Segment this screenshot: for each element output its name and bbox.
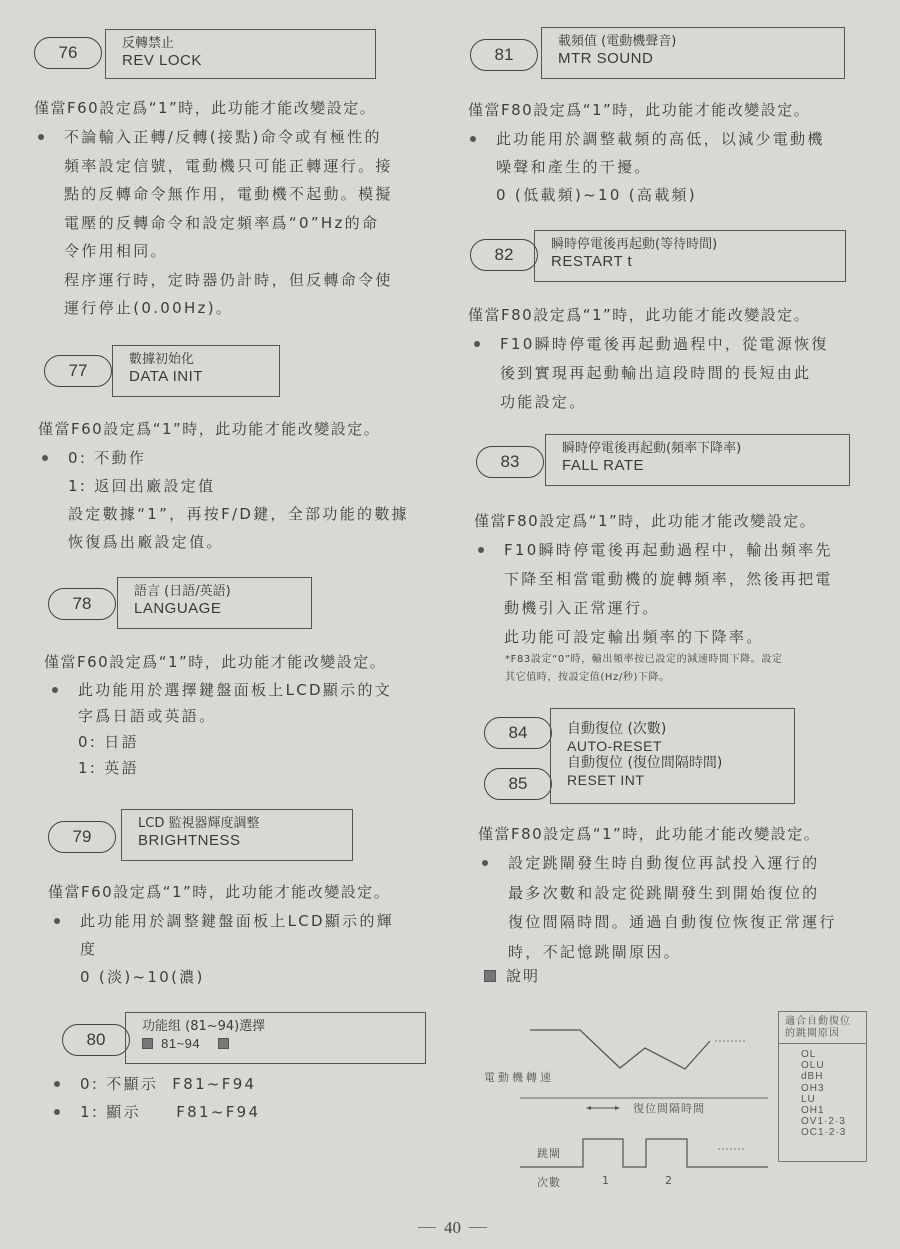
function-title-box-79: LCD 監視器輝度調整 BRIGHTNESS (121, 809, 353, 861)
function-title-box-83: 瞬時停電後再起動(頻率下降率) FALL RATE (545, 434, 850, 486)
description-block: 此功能用於調整載頻的高低，以減少電動機 噪聲和產生的干擾。 0 (低載頻)~10… (496, 125, 825, 209)
reason-item: OC1·2·3 (801, 1127, 866, 1138)
function-title-zh: 瞬時停電後再起動(等待時間) (551, 236, 845, 253)
explanation-heading: 說明 (484, 965, 540, 986)
description-block: 0: 不動作 1: 返回出廠設定值 設定數據“1”，再按F/D鍵，全部功能的數據… (68, 444, 409, 556)
function-title-en: DATA INIT (129, 368, 279, 385)
bullet-icon (54, 1109, 60, 1115)
function-number-80: 80 (62, 1024, 130, 1056)
condition-text: 僅當F60設定爲“1”時，此功能才能改變設定。 (38, 415, 380, 443)
function-number-76: 76 (34, 37, 102, 69)
reason-item: OH1 (801, 1105, 866, 1116)
function-title-en: REV LOCK (122, 52, 375, 69)
reason-item: dBH (801, 1071, 866, 1082)
reason-item: OH3 (801, 1083, 866, 1094)
function-number-83: 83 (476, 446, 544, 478)
function-number-85: 85 (484, 768, 552, 800)
function-title-en: RESET INT (567, 772, 794, 789)
description-block: 不論輸入正轉/反轉(接點)命令或有極性的 頻率設定信號，電動機只可能正轉運行。接… (64, 123, 393, 323)
function-title-en: BRIGHTNESS (138, 832, 352, 849)
count-1: 1 (602, 1174, 612, 1187)
condition-text: 僅當F60設定爲“1”時，此功能才能改變設定。 (34, 94, 376, 122)
description-block: 此功能用於調整鍵盤面板上LCD顯示的輝 度 0 (淡)~10(濃) (80, 907, 394, 991)
function-title-zh: 自動復位 (次數) (567, 721, 794, 738)
option-item: 0: 不顯示 F81~F94 (80, 1070, 256, 1099)
reason-item: OV1·2·3 (801, 1116, 866, 1127)
count-label: 次數 (537, 1174, 561, 1190)
reset-reasons-table: 適合自動復位 的跳閘原因 OL OLU dBH OH3 LU OH1 OV1·2… (778, 1011, 867, 1162)
option-item: 1: 顯示 F81~F94 (80, 1098, 260, 1127)
reasons-list: OL OLU dBH OH3 LU OH1 OV1·2·3 OC1·2·3 (779, 1044, 866, 1143)
function-number-78: 78 (48, 588, 116, 620)
condition-text: 僅當F80設定爲“1”時，此功能才能改變設定。 (468, 96, 810, 124)
bullet-icon (52, 687, 58, 693)
function-number-79: 79 (48, 821, 116, 853)
function-title-en: FALL RATE (562, 457, 849, 474)
description-block: F10瞬時停電後再起動過程中，從電源恢復 後到實現再起動輸出這段時間的長短由此 … (500, 330, 829, 417)
condition-text: 僅當F60設定爲“1”時，此功能才能改變設定。 (44, 648, 386, 676)
footnote: *F83設定“0”時，輸出頻率按已設定的減速時間下降。設定 其它值時，按設定值(… (505, 651, 783, 687)
bullet-icon (54, 918, 60, 924)
reset-interval-label: 復位間隔時間 (633, 1100, 705, 1116)
function-title-zh: 自動復位 (復位間隔時間) (567, 755, 794, 772)
function-title-box-81: 載頻值 (電動機聲音) MTR SOUND (541, 27, 845, 79)
square-icon (218, 1038, 229, 1049)
description-block: F10瞬時停電後再起動過程中，輸出頻率先 下降至相當電動機的旋轉頻率，然後再把電… (504, 536, 833, 652)
square-icon (484, 970, 496, 982)
function-title-en: RESTART t (551, 253, 845, 270)
bullet-icon (54, 1081, 60, 1087)
function-title-zh: 反轉禁止 (122, 35, 375, 52)
function-number-84: 84 (484, 717, 552, 749)
bullet-icon (478, 547, 484, 553)
reason-item: OL (801, 1049, 866, 1060)
description-block: 設定跳閘發生時自動復位再試投入運行的 最多次數和設定從跳閘發生到開始復位的 復位… (508, 849, 837, 967)
condition-text: 僅當F60設定爲“1”時，此功能才能改變設定。 (48, 878, 390, 906)
function-title-zh: 功能组 (81~94)選擇 (142, 1018, 425, 1035)
function-title-zh: 語言 (日語/英語) (134, 583, 311, 600)
function-title-zh: 載頻值 (電動機聲音) (558, 33, 844, 50)
reason-item: LU (801, 1094, 866, 1105)
function-number-82: 82 (470, 239, 538, 271)
reason-item: OLU (801, 1060, 866, 1071)
function-number-81: 81 (470, 39, 538, 71)
function-number-77: 77 (44, 355, 112, 387)
bullet-icon (482, 860, 488, 866)
function-title-box-78: 語言 (日語/英語) LANGUAGE (117, 577, 312, 629)
function-title-box-80: 功能组 (81~94)選擇 81~94 (125, 1012, 426, 1064)
function-title-zh: LCD 監視器輝度調整 (138, 815, 352, 832)
auto-reset-timing-diagram (470, 1000, 770, 1170)
bullet-icon (474, 341, 480, 347)
function-title-box-82: 瞬時停電後再起動(等待時間) RESTART t (534, 230, 846, 282)
bullet-icon (470, 136, 476, 142)
function-title-en: MTR SOUND (558, 50, 844, 67)
trip-label: 跳閘 (537, 1145, 561, 1161)
function-title-en: 81~94 (142, 1035, 425, 1052)
function-title-zh: 數據初始化 (129, 351, 279, 368)
bullet-icon (42, 455, 48, 461)
function-title-box-84-85: 自動復位 (次數) AUTO-RESET 自動復位 (復位間隔時間) RESET… (550, 708, 795, 804)
motor-speed-label: 電動機轉速 (484, 1069, 554, 1085)
function-title-box-76: 反轉禁止 REV LOCK (105, 29, 376, 79)
count-2: 2 (665, 1174, 675, 1187)
function-title-en: AUTO-RESET (567, 738, 794, 755)
condition-text: 僅當F80設定爲“1”時，此功能才能改變設定。 (474, 507, 816, 535)
condition-text: 僅當F80設定爲“1”時，此功能才能改變設定。 (478, 820, 820, 848)
function-title-box-77: 數據初始化 DATA INIT (112, 345, 280, 397)
bullet-icon (38, 134, 44, 140)
function-title-en: LANGUAGE (134, 600, 311, 617)
condition-text: 僅當F80設定爲“1”時，此功能才能改變設定。 (468, 301, 810, 329)
function-title-zh: 瞬時停電後再起動(頻率下降率) (562, 440, 849, 457)
square-icon (142, 1038, 153, 1049)
page-number: 40 (418, 1218, 487, 1238)
description-block: 此功能用於選擇鍵盤面板上LCD顯示的文 字爲日語或英語。 0: 日語 1: 英語 (78, 677, 392, 781)
reasons-header: 適合自動復位 的跳閘原因 (779, 1012, 866, 1044)
